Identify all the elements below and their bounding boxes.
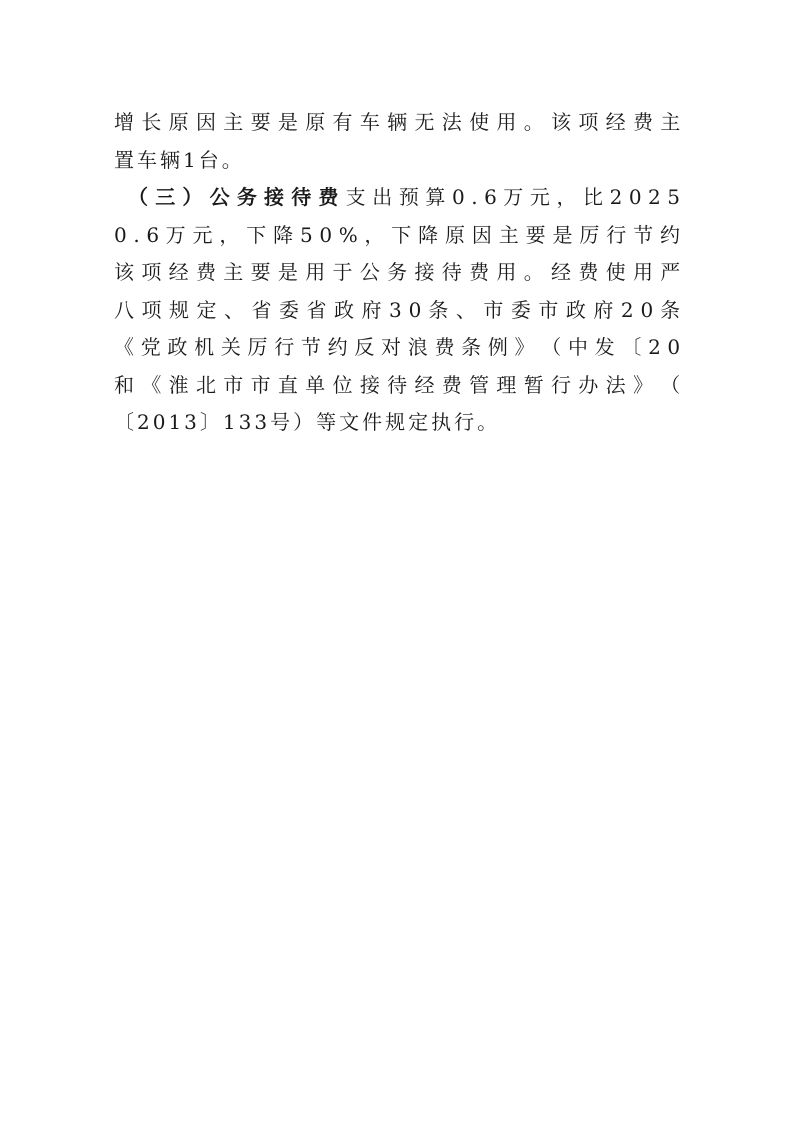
section-heading-official-reception: （ 三 ） 公 务 接 待 费: [128, 185, 346, 209]
section-heading-line: （ 三 ） 公 务 接 待 费 支 出 预 算 0 . 6 万 元 ， 比 2 …: [114, 179, 680, 217]
line-text: 置车辆1台。: [114, 148, 245, 172]
paragraph-line-7: 《 党 政 机 关 厉 行 节 约 反 对 浪 费 条 例 》 （ 中 发 〔 …: [114, 329, 680, 367]
document-page: 增 长 原 因 主 要 是 原 有 车 辆 无 法 使 用 。 该 项 经 费 …: [0, 0, 793, 1122]
paragraph-line-9: 〔2013〕133号）等文件规定执行。: [114, 404, 680, 442]
paragraph-line-6: 八 项 规 定 、 省 委 省 政 府 3 0 条 、 市 委 市 政 府 2 …: [114, 292, 680, 330]
line-text: 和 《 淮 北 市 市 直 单 位 接 待 经 费 管 理 暂 行 办 法 》 …: [114, 373, 680, 405]
line-text: 八 项 规 定 、 省 委 省 政 府 3 0 条 、 市 委 市 政 府 2 …: [114, 298, 680, 330]
paragraph-line-5: 该 项 经 费 主 要 是 用 于 公 务 接 待 费 用 。 经 费 使 用 …: [114, 254, 680, 292]
line-text: 《 党 政 机 关 厉 行 节 约 反 对 浪 费 条 例 》 （ 中 发 〔 …: [114, 335, 680, 367]
paragraph-line-1: 增 长 原 因 主 要 是 原 有 车 辆 无 法 使 用 。 该 项 经 费 …: [114, 104, 680, 142]
paragraph-line-8: 和 《 淮 北 市 市 直 单 位 接 待 经 费 管 理 暂 行 办 法 》 …: [114, 367, 680, 405]
line-text: 0 . 6 万 元 ， 下 降 5 0 % ， 下 降 原 因 主 要 是 厉 …: [114, 223, 680, 255]
body-text: 增 长 原 因 主 要 是 原 有 车 辆 无 法 使 用 。 该 项 经 费 …: [114, 104, 680, 442]
line-text: 〔2013〕133号）等文件规定执行。: [114, 410, 500, 434]
line-text: 增 长 原 因 主 要 是 原 有 车 辆 无 法 使 用 。 该 项 经 费 …: [114, 110, 680, 142]
paragraph-line-4: 0 . 6 万 元 ， 下 降 5 0 % ， 下 降 原 因 主 要 是 厉 …: [114, 217, 680, 255]
line-text: 该 项 经 费 主 要 是 用 于 公 务 接 待 费 用 。 经 费 使 用 …: [114, 260, 680, 292]
paragraph-line-2: 置车辆1台。: [114, 142, 680, 180]
